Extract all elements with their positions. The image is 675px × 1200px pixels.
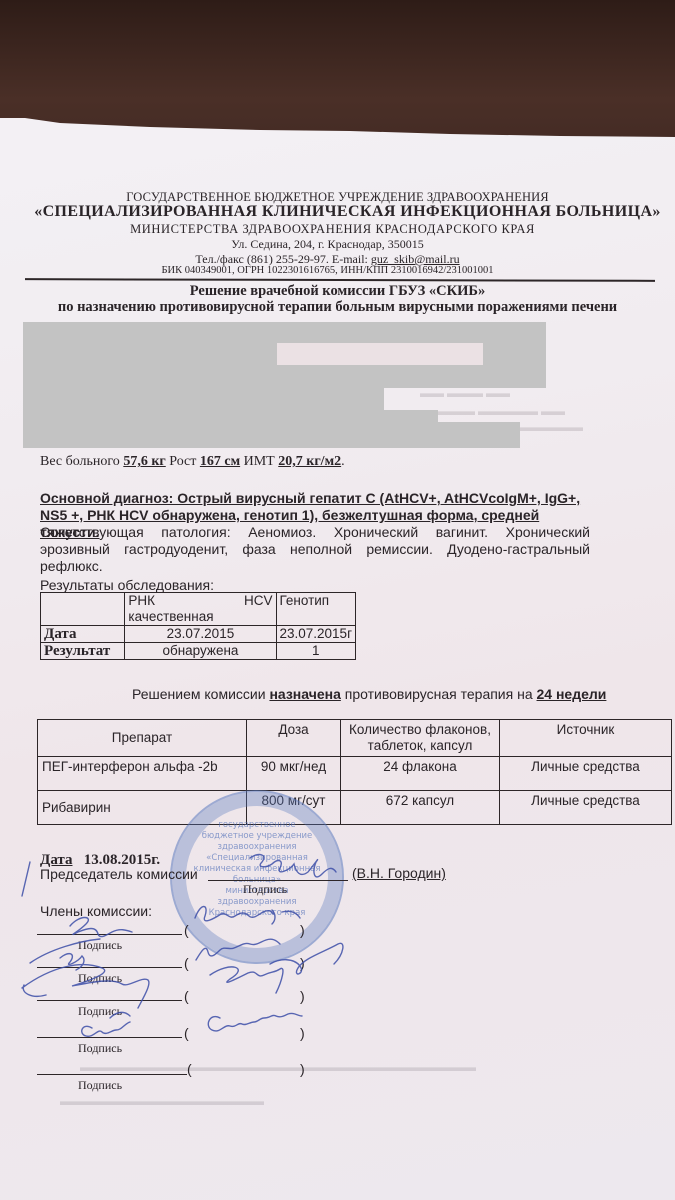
chairman-signature-icon — [250, 855, 336, 877]
margin-mark-icon — [22, 862, 30, 896]
member-name-koval-icon — [196, 939, 280, 960]
member-signature-icon — [22, 965, 149, 1008]
handwritten-signatures — [0, 0, 675, 1200]
member-name-zhuravel-icon — [210, 943, 343, 993]
member-signature-icon — [70, 918, 132, 937]
member-name-soloshenko-icon — [208, 1013, 302, 1031]
member-signature-icon — [82, 1012, 130, 1036]
member-name-bakhtina-icon — [195, 907, 300, 925]
document-page: ▬▬ ▬▬▬ ▬▬ ▬▬ ▬▬▬▬ ▬▬▬▬▬ ▬▬ ▬▬ ▬▬▬▬▬▬▬▬ ▬… — [0, 0, 675, 1200]
